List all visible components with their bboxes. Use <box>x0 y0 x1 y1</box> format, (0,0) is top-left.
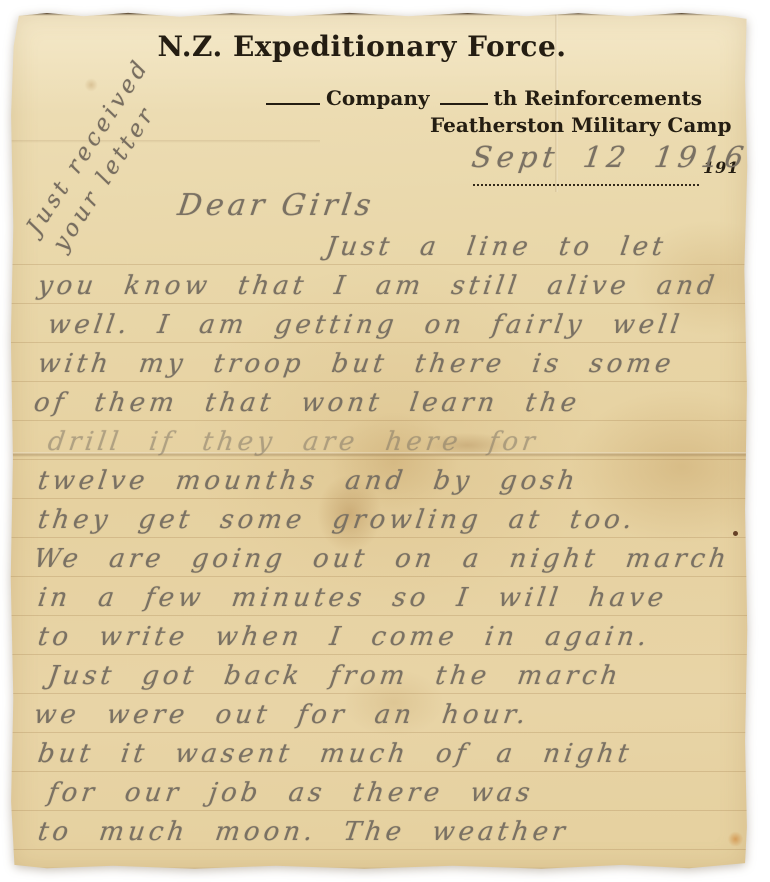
body-line: to much moon. The weather <box>23 813 748 852</box>
reinforcements-blank-field <box>440 82 488 105</box>
bottom-edge-shadow <box>10 867 748 870</box>
body-line: we were out for an hour. <box>23 696 748 735</box>
body-line: drill if they are here for <box>23 423 748 462</box>
body-line: for our job as there was <box>23 774 748 813</box>
body-line: of them that wont learn the <box>23 384 748 423</box>
reinforcements-label: th Reinforcements <box>494 86 703 110</box>
company-label: Company <box>326 86 430 110</box>
body-line: you know that I am still alive and <box>23 267 748 306</box>
faint-crease <box>10 140 320 143</box>
body-line: well. I am getting on fairly well <box>23 306 748 345</box>
body-line: they get some growling at too. <box>23 501 748 540</box>
body-line: to write when I come in again. <box>23 618 748 657</box>
body-line: Just a line to let <box>23 228 748 267</box>
body-line: but it wasent much of a night <box>23 735 748 774</box>
company-blank-field <box>266 82 320 105</box>
letterhead-title: N.Z. Expeditionary Force. <box>10 30 731 63</box>
body-line: with my troop but there is some <box>23 345 748 384</box>
letter-paper-wrap: Just received your letter N.Z. Expeditio… <box>10 12 748 870</box>
body-line: Just got back from the march <box>23 657 748 696</box>
handwritten-date: Sept 12 1916 <box>470 140 748 174</box>
scanned-letter-scene: Just received your letter N.Z. Expeditio… <box>0 0 770 882</box>
letterhead-camp: Featherston Military Camp <box>430 113 731 137</box>
body-line: twelve mounths and by gosh <box>23 462 748 501</box>
corner-annotation: Just received your letter <box>20 53 183 258</box>
letterhead-company-line: Companyth Reinforcements <box>266 82 702 110</box>
salutation: Dear Girls <box>176 188 377 223</box>
letter-paper: Just received your letter N.Z. Expeditio… <box>10 12 748 870</box>
letter-body: Just a line to let you know that I am st… <box>26 228 748 852</box>
body-line: in a few minutes so I will have <box>23 579 748 618</box>
body-line: We are going out on a night march <box>23 540 748 579</box>
torn-top-edge-shadow <box>17 12 748 16</box>
